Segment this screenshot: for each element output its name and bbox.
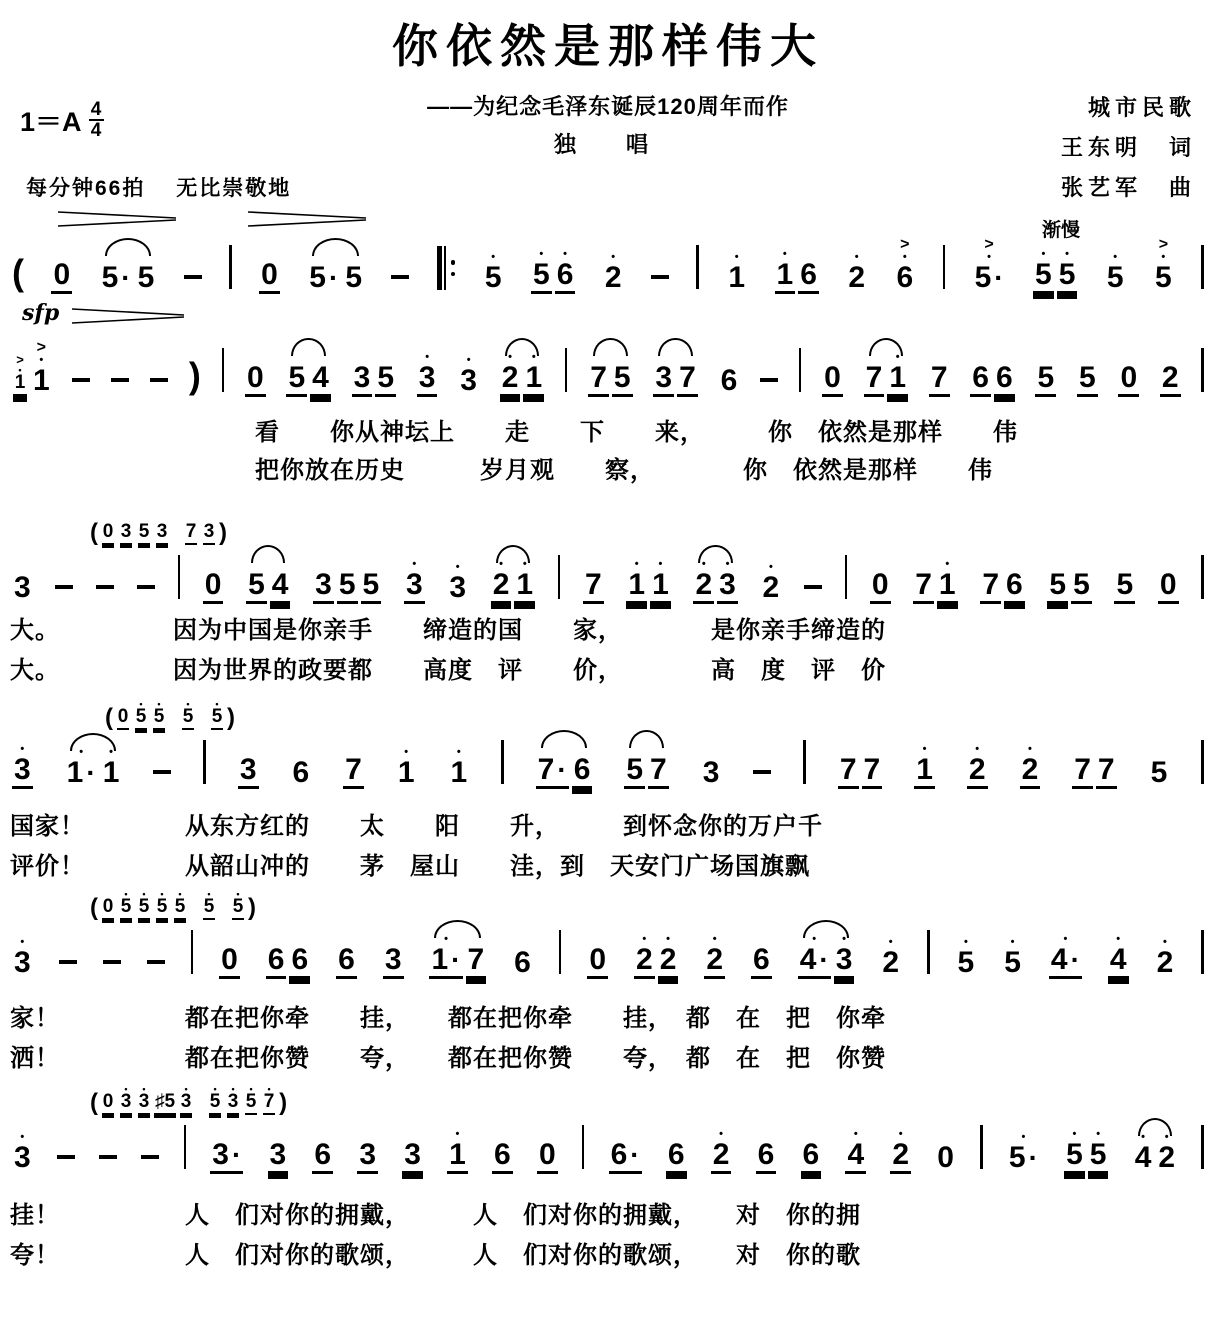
note-digit: 5· <box>1007 1142 1040 1174</box>
note-token: 5 <box>1047 545 1068 604</box>
note-token: 5 <box>286 338 307 397</box>
barline <box>559 930 562 974</box>
note-group <box>651 275 669 295</box>
barline <box>229 245 232 289</box>
barline <box>1201 930 1204 974</box>
note-digit: 4· <box>798 944 831 979</box>
note-token: •5 <box>151 698 167 730</box>
note-digit: 1 <box>626 569 647 604</box>
note-group <box>980 1125 983 1174</box>
note-token: 6 <box>289 920 310 979</box>
note-group: •3 <box>447 548 468 604</box>
note-digit: 1 <box>449 757 470 789</box>
slur-group: •2•1 <box>491 545 535 604</box>
note-digit: 5 <box>337 569 358 604</box>
note-group: •2 <box>880 923 901 979</box>
note-token: 3 <box>12 548 33 604</box>
note-digit: 2 <box>1160 362 1181 397</box>
music-system: 渐慢(05·505·5•5•5•6•2•1•16•2>•6>•5·•5•5•5>… <box>10 205 1206 294</box>
note-digit: 5 <box>174 897 187 920</box>
note-token: •2 <box>1020 730 1041 789</box>
parenthesis: ) <box>248 896 256 920</box>
barline <box>178 555 181 599</box>
note-token: 6 <box>666 1115 687 1174</box>
parenthesis: ) <box>189 358 201 394</box>
barline <box>184 1125 187 1169</box>
note-group: 0 <box>587 920 608 979</box>
note-token: 3 <box>238 730 259 789</box>
note-digit: 1 <box>775 259 796 294</box>
note-digit: 7 <box>913 569 934 604</box>
note-token: •5 <box>180 698 196 730</box>
note-token: •5 <box>172 888 188 920</box>
note-digit: 1 <box>514 569 535 604</box>
note-group: •4 <box>845 1115 866 1174</box>
note-token: 3 <box>357 1115 378 1174</box>
note-group: ( <box>12 255 24 294</box>
note-token: •1 <box>514 545 535 604</box>
barline <box>582 1125 585 1169</box>
key-signature: 1＝A 4 4 <box>20 100 104 139</box>
note-group <box>137 585 155 605</box>
note-token: •5· <box>1007 1118 1040 1174</box>
note-token: •2 <box>880 923 901 979</box>
note-digit: 3 <box>458 365 479 397</box>
note-token: 3 <box>402 1115 423 1174</box>
note-digit: 2 <box>603 262 624 294</box>
parenthesis: ) <box>227 706 235 730</box>
note-group: •1 <box>449 733 470 789</box>
dash-duration-mark <box>59 960 77 965</box>
note-token: •2 <box>658 920 679 979</box>
note-token: 3 <box>154 513 170 545</box>
ornament-notes: (0•5•5•5•5•5•5) <box>90 888 256 920</box>
note-digit: 6 <box>751 944 772 979</box>
note-token: >•1 <box>12 353 28 397</box>
slur-group: 54 <box>246 545 290 604</box>
note-token: •5 <box>209 698 225 730</box>
note-token: 5 <box>136 238 157 294</box>
note-digit: 1 <box>101 757 122 789</box>
note-digit: 7 <box>1072 754 1093 789</box>
note-group <box>558 555 561 604</box>
note-group: 6 <box>719 341 740 397</box>
note-group: 7•1 <box>913 545 957 604</box>
slur-group: •1·•1 <box>65 733 122 789</box>
notation-line: (05·505·5•5•5•6•2•1•16•2>•6>•5·•5•5•5>•5 <box>10 235 1206 294</box>
slur-group: •2•3 <box>693 545 737 604</box>
note-digit: 5 <box>209 1092 222 1115</box>
note-digit: 2 <box>761 572 782 604</box>
slur-group: 7•1 <box>864 338 908 397</box>
note-token: 0 <box>587 920 608 979</box>
note-digit: 7 <box>1096 754 1117 789</box>
note-token: •3 <box>458 341 479 397</box>
note-digit: 5 <box>1088 1139 1109 1174</box>
note-group <box>99 1155 117 1175</box>
dash-duration-mark <box>391 275 409 280</box>
decrescendo-hairpin <box>58 211 176 232</box>
note-token: •1 <box>396 733 417 789</box>
time-signature: 4 4 <box>89 101 104 139</box>
note-token: •1 <box>775 235 796 294</box>
note-group: 3 <box>383 920 404 979</box>
note-group <box>753 770 771 790</box>
note-token: 3 <box>352 338 373 397</box>
note-group: 77 <box>838 730 882 789</box>
note-digit: 6 <box>894 262 915 294</box>
note-digit: 1 <box>13 373 28 397</box>
note-token: 0 <box>219 920 240 979</box>
note-group: 0 <box>822 338 843 397</box>
note-digit: 6· <box>609 1139 642 1174</box>
note-token: 0 <box>100 888 116 920</box>
note-digit: 6 <box>801 1139 822 1174</box>
note-token: 6 <box>266 920 287 979</box>
note-digit: 1 <box>937 569 958 604</box>
note-group: 0 <box>245 338 266 397</box>
note-token: 6 <box>719 341 740 397</box>
note-digit: 5 <box>136 262 157 294</box>
note-group: •5 <box>1105 238 1126 294</box>
note-digit: 7 <box>980 569 1001 604</box>
note-digit: 7· <box>536 754 569 789</box>
note-token: •1 <box>449 733 470 789</box>
note-token: •5 <box>531 235 552 294</box>
expression-text: 无比崇敬地 <box>176 177 291 200</box>
note-token: 6 <box>970 338 991 397</box>
notation-line: •306663•1·760•2•2•26•4·•3•2•5•5•4·•4•2 <box>10 920 1206 979</box>
note-group: 7 <box>343 730 364 789</box>
note-digit: 2 <box>634 944 655 979</box>
augmentation-dot: · <box>819 944 828 975</box>
note-token: •6 <box>555 235 576 294</box>
note-digit: 6 <box>666 1139 687 1174</box>
note-digit: 4 <box>1108 944 1129 979</box>
note-group: >•5 <box>1153 238 1174 294</box>
note-digit: 4· <box>1049 944 1082 979</box>
note-digit: 5 <box>1077 362 1098 397</box>
note-digit: 7 <box>185 522 198 545</box>
note-digit: 0 <box>51 259 72 294</box>
note-group: 0 <box>870 545 891 604</box>
note-token: •5 <box>1057 235 1078 294</box>
note-token: 6 <box>492 1115 513 1174</box>
note-digit: 2 <box>846 262 867 294</box>
lyric-row: 大。 因为世界的政要都 高度 评 价， 高 度 评 价 <box>10 650 886 685</box>
note-digit: 1 <box>650 569 671 604</box>
note-token: 5 <box>361 545 382 604</box>
note-token: •5 <box>1033 235 1054 294</box>
slur-group: •4·•3 <box>798 920 855 979</box>
credit-lyricist: 王东明 词 <box>1061 128 1196 168</box>
note-digit: 0 <box>219 944 240 979</box>
barline <box>1201 1125 1204 1169</box>
credit-source: 城市民歌 <box>1061 88 1196 128</box>
note-token: •2 <box>711 1115 732 1174</box>
note-group <box>1201 245 1204 294</box>
note-token: 5 <box>1035 338 1056 397</box>
note-digit: 3 <box>313 569 334 604</box>
note-digit: 6 <box>1004 569 1025 604</box>
note-digit: 5 <box>1153 262 1174 294</box>
note-group <box>103 960 121 980</box>
music-system: sfp>•1>•1)05435•3•3•2•17537607•17665502看… <box>10 300 1206 397</box>
note-digit: 6 <box>266 944 287 979</box>
dash-duration-mark <box>111 378 129 383</box>
lyric-row: 挂！ 人 们对你的拥戴， 人 们对你的拥戴， 对 你的拥 <box>10 1195 861 1230</box>
note-digit: 5 <box>361 569 382 604</box>
note-digit: 3 <box>383 944 404 979</box>
lyric-row: 家！ 都在把你牵 挂， 都在把你牵 挂， 都 在 把 你牵 <box>10 998 886 1033</box>
note-group: •2 <box>711 1115 732 1174</box>
lyric-row: 大。 因为中国是你亲手 缔造的国 家， 是你亲手缔造的 <box>10 610 886 645</box>
dash-duration-mark <box>103 960 121 965</box>
note-group: 0 <box>203 545 224 604</box>
note-token: 0 <box>935 1118 956 1174</box>
dash-duration-mark <box>96 585 114 590</box>
note-token: •4 <box>1133 1118 1154 1174</box>
note-group: 6 <box>751 920 772 979</box>
note-token: •1 <box>447 1115 468 1174</box>
lyric-row: 评价！ 从韶山冲的 茅 屋山 洼，到 天安门广场国旗飘 <box>10 846 810 881</box>
dash-duration-mark <box>141 1155 159 1160</box>
tempo-text: 每分钟66拍 <box>26 177 145 200</box>
note-token: •3 <box>136 1083 152 1115</box>
note-digit: 2 <box>1020 754 1041 789</box>
note-group: 3 <box>402 1115 423 1174</box>
barline <box>501 740 504 784</box>
note-token: •1· <box>429 920 462 979</box>
note-group <box>55 585 73 605</box>
note-group: 3 <box>357 1115 378 1174</box>
note-token: 7 <box>929 338 950 397</box>
music-system: (0•3•3♯5•3•5•3•5•7)•33·3633•1606·6•266•4… <box>10 1085 1206 1174</box>
note-digit: 0 <box>822 362 843 397</box>
note-group <box>943 245 946 294</box>
note-digit: 0 <box>259 259 280 294</box>
note-token: •2 <box>693 545 714 604</box>
note-digit: 5 <box>120 897 133 920</box>
note-token: •5 <box>201 888 217 920</box>
note-token: 0 <box>100 513 116 545</box>
note-token: •3 <box>447 548 468 604</box>
note-token: 6 <box>572 730 593 789</box>
barline <box>1201 245 1204 289</box>
note-token: 6 <box>512 923 533 979</box>
note-digit: 5 <box>483 262 504 294</box>
note-group: 66 <box>266 920 310 979</box>
note-group: •3 <box>12 923 33 979</box>
note-digit: 5 <box>375 362 396 397</box>
notation-line: •33·3633•1606·6•266•4•20•5·•5•5•4•2 <box>10 1115 1206 1174</box>
note-digit: 0 <box>870 569 891 604</box>
note-token: •3 <box>12 1118 33 1174</box>
note-token: >•1 <box>31 341 52 397</box>
note-digit: 2 <box>704 944 725 979</box>
note-group: 3 <box>238 730 259 789</box>
note-digit: 3 <box>12 947 33 979</box>
note-group: •2 <box>1020 730 1041 789</box>
note-digit: 6 <box>492 1139 513 1174</box>
note-group: 355 <box>313 545 381 604</box>
note-token: 6 <box>756 1115 777 1174</box>
note-group: •5•6 <box>531 235 575 294</box>
augmentation-dot: · <box>232 1139 241 1170</box>
note-digit: 1 <box>887 362 908 397</box>
note-digit: 3 <box>447 572 468 604</box>
note-token: 0 <box>822 338 843 397</box>
note-token: 7 <box>838 730 859 789</box>
note-group: 0 <box>219 920 240 979</box>
note-token: •2 <box>704 920 725 979</box>
note-group <box>150 378 168 398</box>
note-group: 0 <box>935 1118 956 1174</box>
slur-group: •4•2 <box>1133 1118 1177 1174</box>
note-token: •1 <box>101 733 122 789</box>
dash-duration-mark <box>137 585 155 590</box>
note-token: 5 <box>246 545 267 604</box>
note-group: •2 <box>761 548 782 604</box>
note-digit: 5 <box>153 707 166 730</box>
note-token: 5 <box>136 513 152 545</box>
note-digit: 6 <box>555 259 576 294</box>
note-digit: 3 <box>180 1092 193 1115</box>
note-token: 0 <box>245 338 266 397</box>
lyric-row: 把你放在历史 岁月观 察， 你 依然是那样 伟 <box>255 450 993 485</box>
note-digit: 1 <box>726 262 747 294</box>
note-token: 7 <box>588 338 609 397</box>
note-digit: 3 <box>12 572 33 604</box>
note-token: >•5 <box>1153 238 1174 294</box>
note-digit: 7 <box>677 362 698 397</box>
slur-group: 57 <box>624 730 668 789</box>
note-group: 3 <box>701 733 722 789</box>
note-group: 3 <box>12 548 33 604</box>
dash-duration-mark <box>153 770 171 775</box>
note-digit: 3 <box>268 1139 289 1174</box>
note-digit: 0 <box>117 707 130 730</box>
note-token: •7 <box>261 1083 277 1115</box>
barline <box>696 245 699 289</box>
decrescendo-hairpin <box>248 211 366 232</box>
note-group: 3· <box>210 1115 243 1174</box>
note-group: •2 <box>890 1115 911 1174</box>
credits: 城市民歌 王东明 词 张艺军 曲 <box>1061 88 1196 208</box>
note-token: 3 <box>268 1115 289 1174</box>
song-subtitle: ——为纪念毛泽东诞辰120周年而作 <box>0 90 1216 121</box>
note-digit: 6 <box>312 1139 333 1174</box>
note-digit: 0 <box>1118 362 1139 397</box>
note-token: •5 <box>483 238 504 294</box>
note-digit: 6 <box>289 944 310 979</box>
note-digit: ♯5 <box>154 1092 176 1115</box>
note-group <box>437 246 456 294</box>
note-token: •2 <box>846 238 867 294</box>
repeat-dots <box>451 246 456 290</box>
note-digit: 5 <box>956 947 977 979</box>
note-token: 7 <box>677 338 698 397</box>
note-digit: 3 <box>834 944 855 979</box>
note-digit: 5 <box>624 754 645 789</box>
note-group: •2 <box>603 238 624 294</box>
note-group <box>845 555 848 604</box>
note-token: 0 <box>1158 545 1179 604</box>
note-token: 7· <box>536 730 569 789</box>
note-digit: 7 <box>648 754 669 789</box>
music-system: (035373)3054355•3•3•2•17•1•1•2•3•207•176… <box>10 515 1206 604</box>
note-token: 6 <box>751 920 772 979</box>
note-group: 6 <box>492 1115 513 1174</box>
note-group: •1 <box>447 1115 468 1174</box>
note-token: >•6 <box>894 238 915 294</box>
note-token: 0 <box>870 545 891 604</box>
note-group: 0 <box>1158 545 1179 604</box>
dynamic-marking: sfp <box>22 300 59 326</box>
note-token: 3· <box>210 1115 243 1174</box>
note-group: 7 <box>929 338 950 397</box>
note-digit: 1 <box>396 757 417 789</box>
note-group <box>191 930 194 979</box>
note-group: •4 <box>1108 920 1129 979</box>
note-digit: 0 <box>102 522 115 545</box>
note-digit: 6 <box>798 259 819 294</box>
note-token: 3 <box>201 513 217 545</box>
barline <box>845 555 848 599</box>
note-token: •1· <box>65 733 98 789</box>
note-digit: 5 <box>245 1092 258 1115</box>
note-group: 76 <box>980 545 1024 604</box>
note-token: ♯5 <box>154 1083 176 1115</box>
note-token: 7 <box>183 513 199 545</box>
note-group <box>203 740 206 789</box>
key-text: 1＝A <box>20 100 82 139</box>
barline <box>1201 348 1204 392</box>
note-token: 7 <box>343 730 364 789</box>
note-group: >•1>•1 <box>12 341 52 397</box>
note-digit: 5· <box>973 262 1006 294</box>
note-group: •3 <box>12 730 33 789</box>
note-group <box>96 585 114 605</box>
note-digit: 2 <box>658 944 679 979</box>
note-group: •2•2 <box>634 920 678 979</box>
note-digit: 6 <box>291 757 312 789</box>
note-digit: 3 <box>352 362 373 397</box>
note-token: •5 <box>1002 923 1023 979</box>
augmentation-dot: · <box>1029 1142 1038 1173</box>
note-token: 0 <box>51 235 72 294</box>
note-digit: 5 <box>1149 757 1170 789</box>
note-token: •5 <box>1088 1115 1109 1174</box>
note-group: 6 <box>512 923 533 979</box>
note-token: 6 <box>336 920 357 979</box>
lyric-row: 洒！ 都在把你赞 夸， 都在把你赞 夸， 都 在 把 你赞 <box>10 1038 886 1073</box>
note-digit: 5 <box>203 897 216 920</box>
note-token: 0 <box>537 1115 558 1174</box>
note-group <box>803 740 806 789</box>
note-digit: 5 <box>612 362 633 397</box>
note-group <box>229 245 232 294</box>
notation-line: •3•1·•1367•1•17·657377•1•2•2775 <box>10 730 1206 789</box>
note-token: 7 <box>466 920 487 979</box>
note-token: 7 <box>1096 730 1117 789</box>
note-group: 6· <box>609 1115 642 1174</box>
note-token: 0 <box>100 1083 116 1115</box>
note-group <box>59 960 77 980</box>
note-digit: 3 <box>12 754 33 789</box>
lyric-row: 国家！ 从东方红的 太 阳 升， 到怀念你的万户千 <box>10 806 823 841</box>
note-digit: 7 <box>864 362 885 397</box>
